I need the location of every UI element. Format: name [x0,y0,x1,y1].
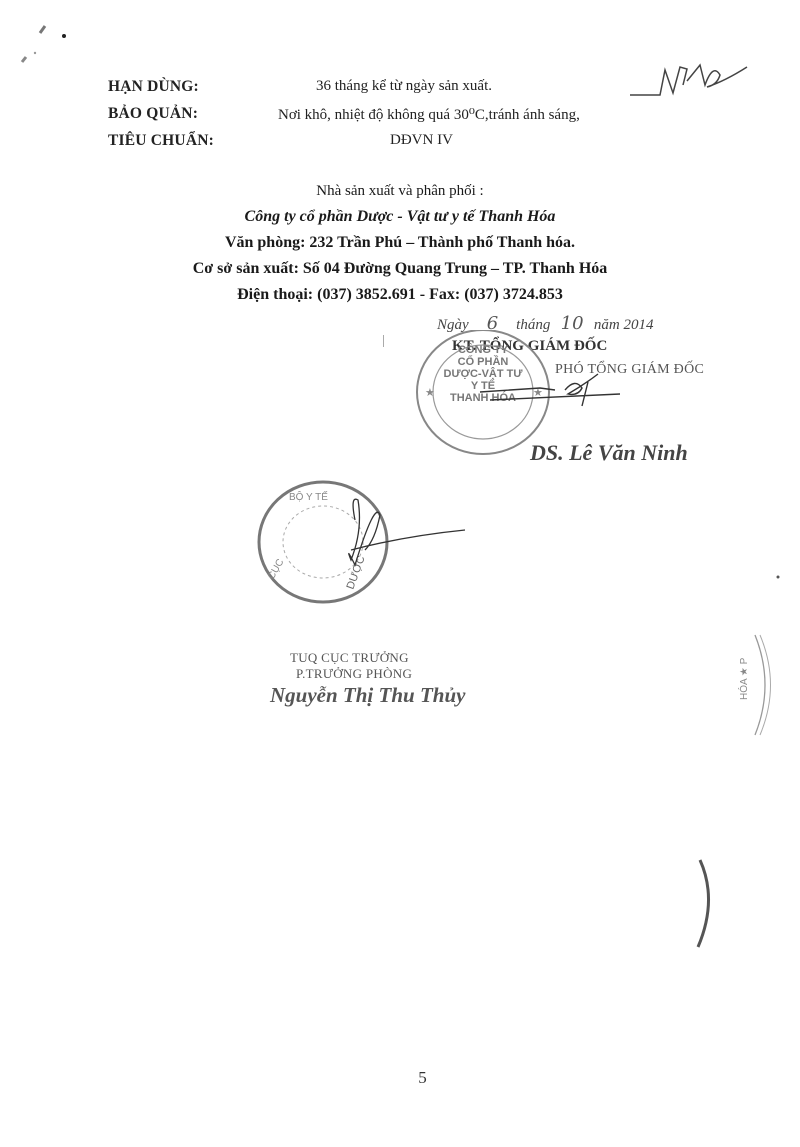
edge-arc [690,855,730,955]
authority-signatory-name: Nguyễn Thị Thu Thủy [270,683,465,708]
svg-text:CỤC: CỤC [266,557,286,581]
stamp-line: CÔNG TY [413,344,553,356]
date-year-label: năm [594,317,620,333]
spec-label-shelf-life: HẠN DÙNG: [108,78,199,96]
date-month: 10 [554,313,590,334]
spec-value-standard: DĐVN IV [390,132,453,149]
svg-text:BỘ Y TẾ: BỘ Y TẾ [289,490,328,503]
edge-stamp: HÓA ★ P [725,560,800,760]
manufacturer-company: Công ty cổ phần Dược - Vật tư y tế Thanh… [0,208,800,226]
manufacturer-contact: Điện thoại: (037) 3852.691 - Fax: (037) … [0,286,800,304]
manufacturer-heading: Nhà sản xuất và phân phối : [0,183,800,200]
spec-label-standard: TIÊU CHUẨN: [108,132,214,150]
stamp-line: CỔ PHẦN [413,356,553,368]
initials-signature [625,55,755,105]
manufacturer-factory: Cơ sở sản xuất: Số 04 Đường Quang Trung … [0,260,800,278]
authority-line1: TUQ CỤC TRƯỞNG [290,650,409,666]
page-number: 5 [0,1068,800,1088]
edge-stamp-text: HÓA ★ P [737,657,750,700]
ministry-stamp: BỘ Y TẾ CỤC DƯỢC [255,470,495,610]
date-year: 2014 [623,317,653,333]
scan-specks [0,0,120,80]
company-signatory-name: DS. Lê Văn Ninh [530,440,688,465]
manufacturer-office: Văn phòng: 232 Trần Phú – Thành phố Than… [0,234,800,252]
scan-mark [383,335,384,347]
spec-label-storage: BẢO QUẢN: [108,105,198,123]
authority-line2: P.TRƯỞNG PHÒNG [296,666,412,682]
spec-value-shelf-life: 36 tháng kể từ ngày sản xuất. [316,78,492,95]
spec-value-storage: Nơi khô, nhiệt độ không quá 30⁰C,tránh á… [278,105,580,124]
company-signatory-name-block: DS. Lê Văn Ninh [530,440,688,466]
company-signature [470,370,630,410]
